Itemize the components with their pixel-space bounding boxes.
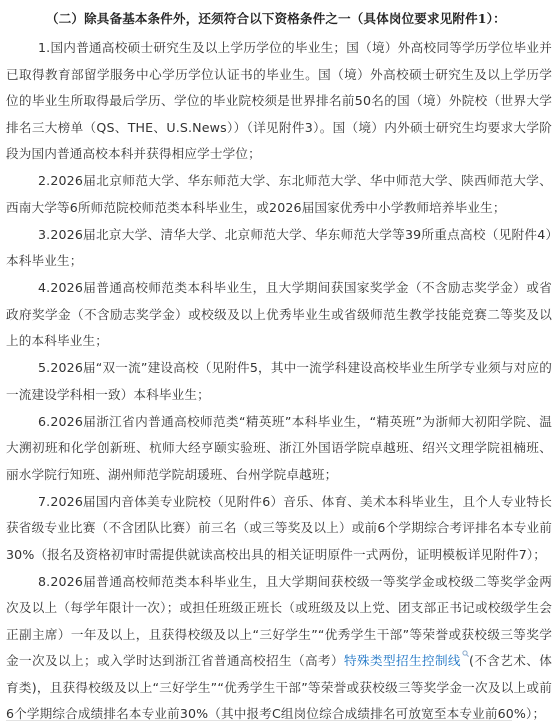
document-body: （二）除具备基本条件外，还须符合以下资格条件之一（具体岗位要求见附件1）： 1.… [6, 0, 552, 723]
item-number: 2. [38, 173, 50, 188]
requirement-item-4: 4.2026届普通高校师范类本科毕业生，且大学期间获国家奖学金（不含励志奖学金）… [6, 275, 552, 355]
item-text: 2026届普通高校师范类本科毕业生，且大学期间获国家奖学金（不含励志奖学金）或省… [6, 280, 552, 348]
requirement-item-7: 7.2026届国内音体美专业院校（见附件6）音乐、体育、美术本科毕业生，且个人专… [6, 489, 552, 569]
item-number: 8. [38, 574, 50, 589]
item-text: 2026届北京大学、清华大学、北京师范大学、华东师范大学等39所重点高校（见附件… [6, 227, 552, 269]
requirement-item-2: 2.2026届北京师范大学、华东师范大学、东北师范大学、华中师范大学、陕西师范大… [6, 168, 552, 221]
requirement-item-6: 6.2026届浙江省内普通高校师范类“精英班”本科毕业生，“精英班”为浙师大初阳… [6, 409, 552, 489]
item-number: 3. [38, 227, 50, 242]
item-text: 2026届国内音体美专业院校（见附件6）音乐、体育、美术本科毕业生，且个人专业特… [6, 494, 552, 562]
requirement-item-3: 3.2026届北京大学、清华大学、北京师范大学、华东师范大学等39所重点高校（见… [6, 222, 552, 275]
requirement-item-5: 5.2026届“双一流”建设高校（见附件5，其中一流学科建设高校毕业生所学专业须… [6, 355, 552, 408]
item-number: 4. [38, 280, 50, 295]
section-heading: （二）除具备基本条件外，还须符合以下资格条件之一（具体岗位要求见附件1）： [6, 0, 552, 30]
item-text: 国内普通高校硕士研究生及以上学历学位的毕业生；国（境）外高校同等学历学位毕业并已… [6, 40, 552, 161]
item-number: 1. [38, 40, 50, 55]
item-number: 6. [38, 414, 50, 429]
search-icon[interactable] [462, 650, 469, 657]
item-text: 2026届“双一流”建设高校（见附件5，其中一流学科建设高校毕业生所学专业须与对… [6, 360, 552, 402]
bottom-divider [6, 720, 512, 721]
item-number: 7. [38, 494, 50, 509]
link-text[interactable]: 特殊类型招生控制线 [344, 653, 461, 668]
requirement-item-1: 1.国内普通高校硕士研究生及以上学历学位的毕业生；国（境）外高校同等学历学位毕业… [6, 35, 552, 168]
item-text: 2026届浙江省内普通高校师范类“精英班”本科毕业生，“精英班”为浙师大初阳学院… [6, 414, 552, 482]
item-text: 2026届北京师范大学、华东师范大学、东北师范大学、华中师范大学、陕西师范大学、… [6, 173, 552, 215]
special-admission-line-link[interactable]: 特殊类型招生控制线 [344, 653, 469, 668]
requirement-item-8: 8.2026届普通高校师范类本科毕业生，且大学期间获校级一等奖学金或校级二等奖学… [6, 569, 552, 723]
item-number: 5. [38, 360, 50, 375]
